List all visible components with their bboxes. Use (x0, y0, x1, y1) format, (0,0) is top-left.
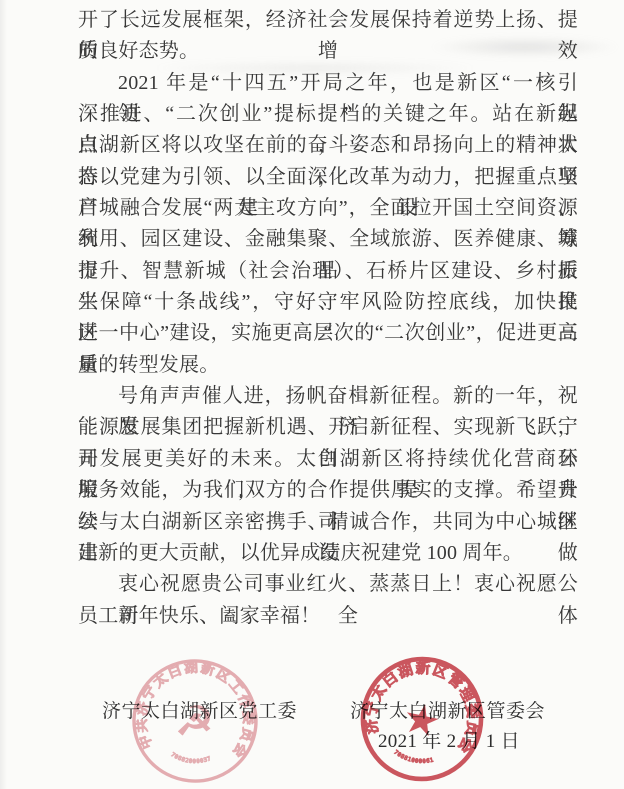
text-line: 产城融合发展“两大主攻方向”，全面拉开国土空间资源统筹 (78, 193, 578, 224)
text-line: 提升、智慧新城（社会治理）、石桥片区建设、乡村振兴、民 (78, 256, 578, 287)
text-line: 区一中心”建设，实施更高层次的“二次创业”，促进更高质 (78, 318, 578, 349)
letter-body: 开了长远发展框架，经济社会发展保持着逆势上扬、提质增效的良好态势。2021 年是… (78, 5, 578, 632)
text-line: 深推进、“二次创业”提标提档的关键之年。站在新起点，太 (78, 99, 578, 130)
text-line: 开了长远发展框架，经济社会发展保持着逆势上扬、提质增效 (78, 5, 578, 36)
signature-date: 2021 年 2 月 1 日 (378, 726, 520, 753)
text-line: 持以党建为引领、以全面深化改革为动力，把握重点项目建设、 (78, 162, 578, 193)
text-line: 出新的更大贡献，以优异成绩庆祝建党 100 周年。 (78, 538, 578, 569)
text-line: 续与太白湖新区亲密携手、精诚合作，共同为中心城区建设做 (78, 507, 578, 538)
signature-management-committee: 济宁太白湖新区管委会 (350, 696, 545, 723)
text-line: 能源发展集团把握新机遇、开启新征程、实现新飞跃，开创公 (78, 412, 578, 443)
letter-page: 开了长远发展框架，经济社会发展保持着逆势上扬、提质增效的良好态势。2021 年是… (0, 0, 624, 789)
scan-edge-shade (0, 0, 7, 789)
text-line: 利用、园区建设、金融集聚、全域旅游、医养健康、城市品质 (78, 224, 578, 255)
text-line: 生保障“十条战线”，守好守牢风险防控底线，加快推进“三 (78, 287, 578, 318)
text-line: 号角声声催人进，扬帆奋楫新征程。新的一年，祝愿济宁 (78, 381, 578, 412)
text-line: 白湖新区将以攻坚在前的奋斗姿态和昂扬向上的精神状态，坚 (78, 130, 578, 161)
text-line: 量的转型发展。 (78, 350, 578, 381)
signature-party-committee: 济宁太白湖新区党工委 (102, 696, 297, 723)
text-line: 司发展更美好的未来。太白湖新区将持续优化营商环境，提升 (78, 444, 578, 475)
text-line: 2021 年是“十四五”开局之年，也是新区“一核引领”纵 (78, 68, 578, 99)
text-line: 衷心祝愿贵公司事业红火、蒸蒸日上！衷心祝愿公司全体 (78, 569, 578, 600)
text-line: 服务效能，为我们双方的合作提供厚实的支撑。希望贵公司继 (78, 475, 578, 506)
